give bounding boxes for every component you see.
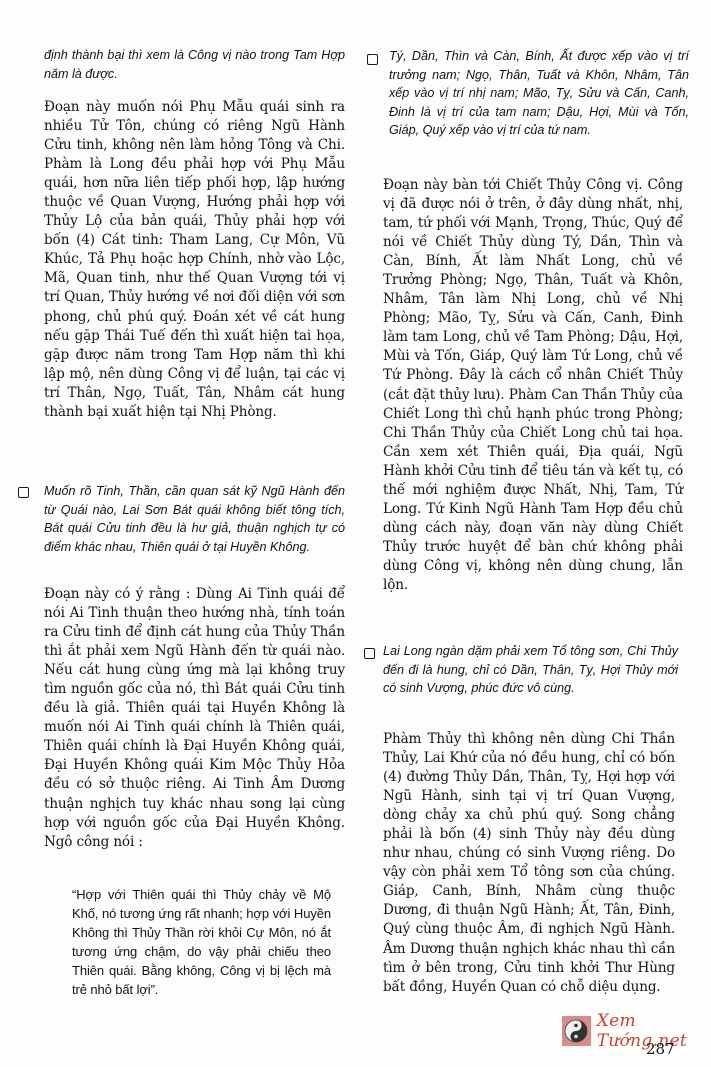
commentary-paragraph-3: Đoạn này bàn tới Chiết Thủy Công vị. Côn… (383, 176, 683, 595)
quotation: “Hợp với Thiên quái thì Thủy chảy về Mộ … (72, 885, 331, 999)
verse-2: Muốn rõ Tinh, Thần, cần quan sát kỹ Ngũ … (44, 482, 345, 556)
page-number: 287 (646, 1040, 675, 1058)
checkbox-bullet-icon (364, 648, 375, 659)
checkbox-bullet-icon (18, 487, 29, 498)
commentary-paragraph-2: Đoạn này có ý rằng : Dùng Ai Tinh quái đ… (44, 585, 345, 852)
verse-continued: định thành bại thì xem là Công vị nào tr… (44, 46, 345, 83)
verse-3: Tý, Dần, Thìn và Càn, Bính, Ất được xếp … (389, 47, 689, 140)
verse-4: Lai Long ngàn dặm phải xem Tổ tông sơn, … (383, 642, 678, 698)
yin-yang-logo-icon (562, 1016, 591, 1046)
commentary-paragraph-1: Đoạn này muốn nói Phụ Mẫu quái sinh ra n… (44, 98, 345, 422)
checkbox-bullet-icon (367, 54, 378, 65)
book-page: định thành bại thì xem là Công vị nào tr… (0, 0, 711, 1067)
commentary-paragraph-4: Phàm Thủy thì không nên dùng Chi Thần Th… (383, 730, 675, 997)
watermark: Xem Tướng.net (562, 1011, 711, 1051)
